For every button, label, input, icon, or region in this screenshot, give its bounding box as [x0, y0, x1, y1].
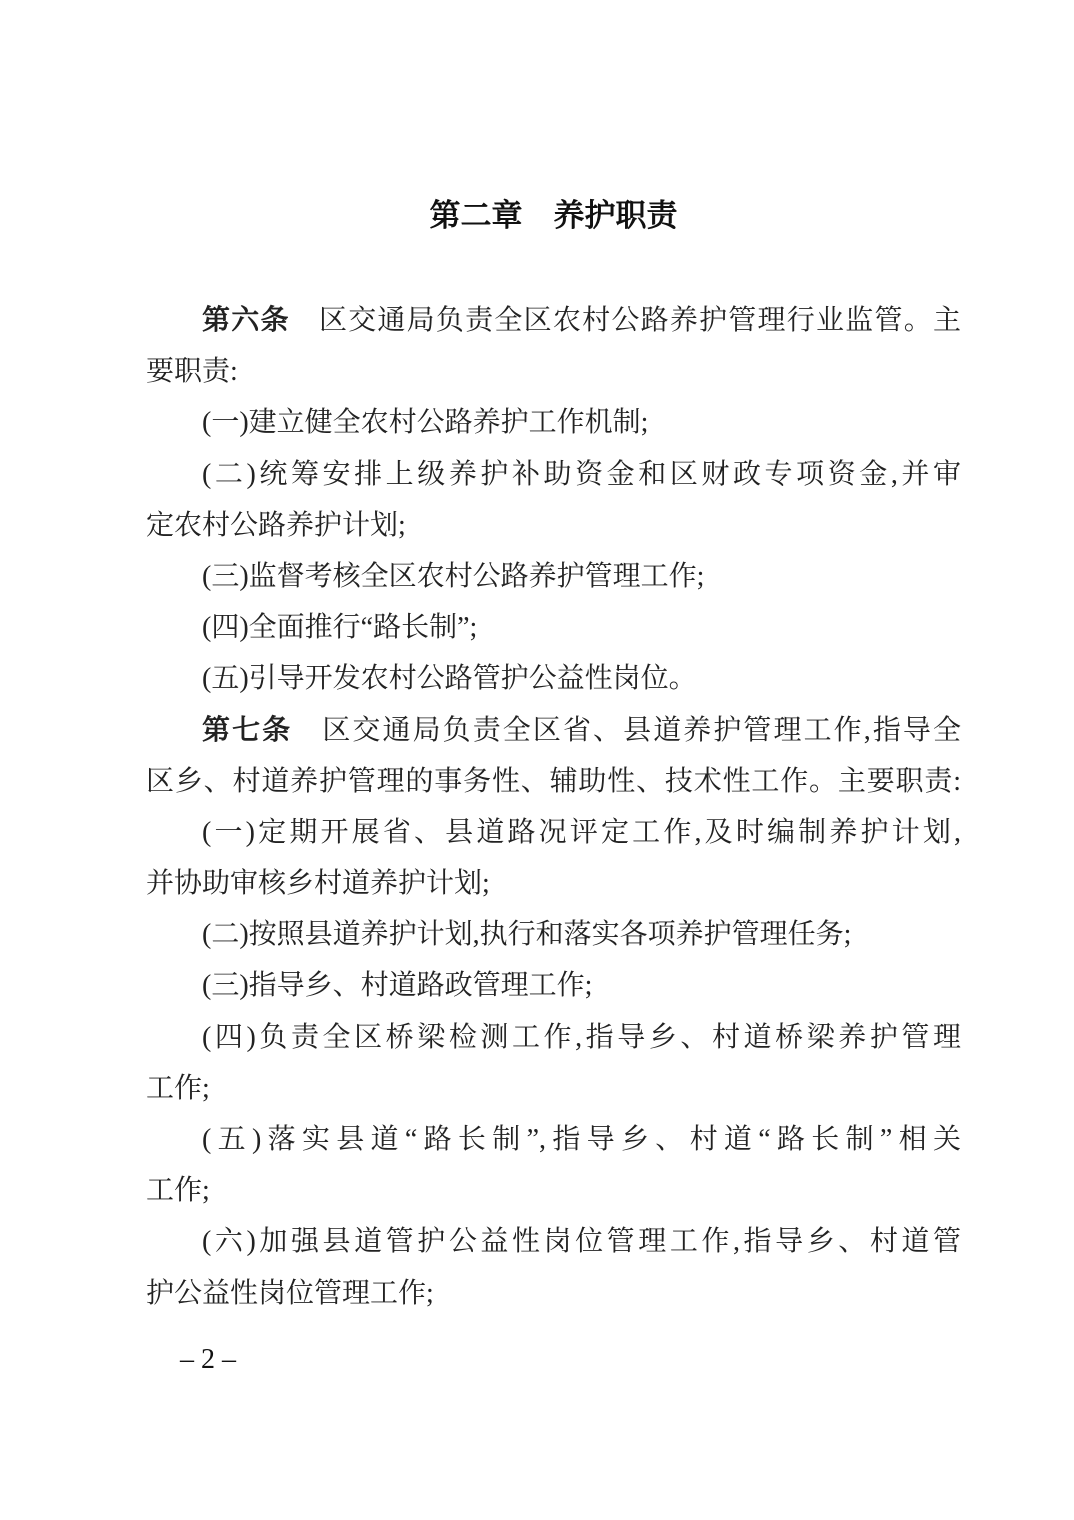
line-text: (六)加强县道管护公益性岗位管理工作,指导乡、村道管 [202, 1226, 961, 1257]
line-text: 定农村公路养护计划; [146, 510, 406, 541]
text-line: 工作; [146, 1063, 961, 1114]
line-text: (五)引导开发农村公路管护公益性岗位。 [202, 663, 697, 694]
line-text: 区乡、村道养护管理的事务性、辅助性、技术性工作。主要职责: [146, 766, 961, 797]
text-line: (一)建立健全农村公路养护工作机制; [146, 397, 961, 448]
line-text: (二)按照县道养护计划,执行和落实各项养护管理任务; [202, 919, 851, 950]
line-text: (四)负责全区桥梁检测工作,指导乡、村道桥梁养护管理 [202, 1022, 961, 1053]
line-text: (四)全面推行“路长制”; [202, 612, 477, 643]
line-text: (一)定期开展省、县道路况评定工作,及时编制养护计划, [202, 817, 961, 848]
text-line: 并协助审核乡村道养护计划; [146, 858, 961, 909]
text-line: (六)加强县道管护公益性岗位管理工作,指导乡、村道管 [146, 1216, 961, 1267]
line-text: 区交通局负责全区省、县道养护管理工作,指导全 [292, 715, 961, 746]
line-text: 并协助审核乡村道养护计划; [146, 868, 490, 899]
text-line: 工作; [146, 1165, 961, 1216]
text-line: (一)定期开展省、县道路况评定工作,及时编制养护计划, [146, 807, 961, 858]
line-text: (三)指导乡、村道路政管理工作; [202, 970, 592, 1001]
text-line: 第六条 区交通局负责全区农村公路养护管理行业监管。主 [146, 295, 961, 346]
line-text: (五)落实县道“路长制”,指导乡、村道“路长制”相关 [202, 1124, 961, 1155]
document-page: 第二章 养护职责 第六条 区交通局负责全区农村公路养护管理行业监管。主要职责:(… [0, 0, 1074, 1520]
line-text: (一)建立健全农村公路养护工作机制; [202, 407, 648, 438]
line-text: 区交通局负责全区农村公路养护管理行业监管。主 [290, 305, 961, 336]
text-line: 区乡、村道养护管理的事务性、辅助性、技术性工作。主要职责: [146, 756, 961, 807]
text-line: 第七条 区交通局负责全区省、县道养护管理工作,指导全 [146, 705, 961, 756]
text-line: (二)按照县道养护计划,执行和落实各项养护管理任务; [146, 909, 961, 960]
article-number: 第七条 [202, 715, 292, 746]
text-line: (三)指导乡、村道路政管理工作; [146, 960, 961, 1011]
line-text: 要职责: [146, 356, 238, 387]
line-text: 护公益性岗位管理工作; [146, 1278, 434, 1309]
text-line: (三)监督考核全区农村公路养护管理工作; [146, 551, 961, 602]
chapter-title: 第二章 养护职责 [146, 198, 961, 234]
text-line: (四)全面推行“路长制”; [146, 602, 961, 653]
text-line: (五)落实县道“路长制”,指导乡、村道“路长制”相关 [146, 1114, 961, 1165]
text-line: (五)引导开发农村公路管护公益性岗位。 [146, 653, 961, 704]
document-body: 第六条 区交通局负责全区农村公路养护管理行业监管。主要职责:(一)建立健全农村公… [146, 295, 961, 1319]
text-line: 护公益性岗位管理工作; [146, 1268, 961, 1319]
line-text: (二)统筹安排上级养护补助资金和区财政专项资金,并审 [202, 459, 961, 490]
line-text: 工作; [146, 1175, 210, 1206]
text-line: 定农村公路养护计划; [146, 500, 961, 551]
article-number: 第六条 [202, 305, 290, 336]
text-line: (四)负责全区桥梁检测工作,指导乡、村道桥梁养护管理 [146, 1012, 961, 1063]
line-text: 工作; [146, 1073, 210, 1104]
line-text: (三)监督考核全区农村公路养护管理工作; [202, 561, 704, 592]
text-line: (二)统筹安排上级养护补助资金和区财政专项资金,并审 [146, 449, 961, 500]
page-number: – 2 – [180, 1344, 236, 1376]
text-line: 要职责: [146, 346, 961, 397]
